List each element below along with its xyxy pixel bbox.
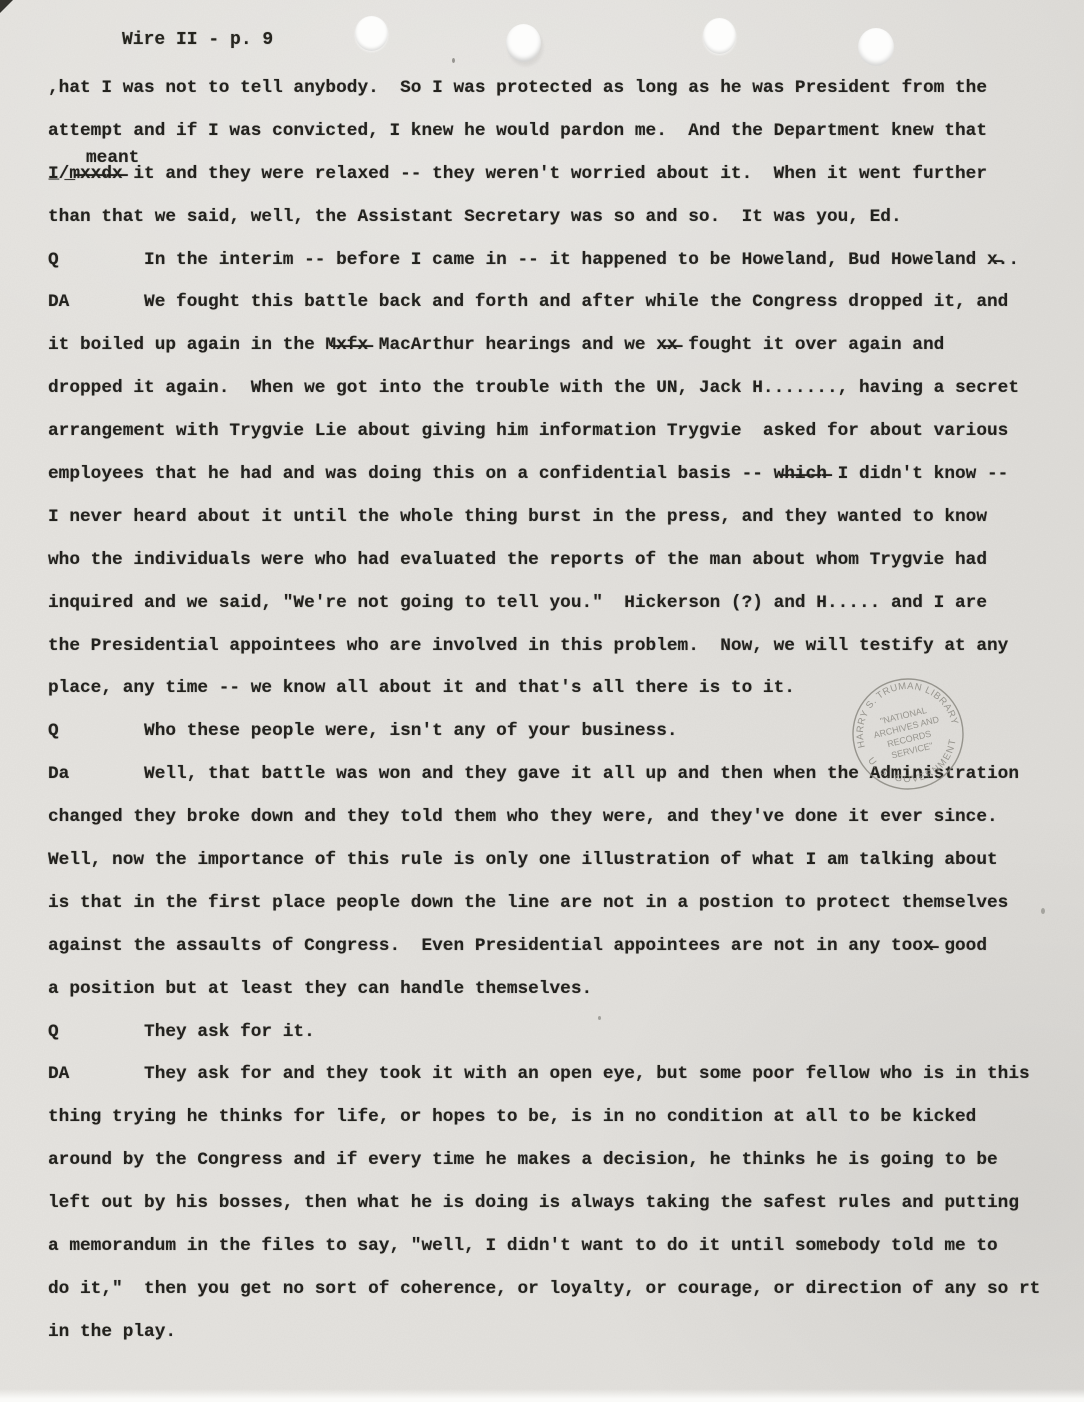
transcript-line: in the play.	[48, 1311, 1074, 1354]
transcript-line: I never heard about it until the whole t…	[48, 496, 1074, 539]
punch-hole	[703, 18, 736, 54]
punch-hole	[355, 16, 388, 51]
transcript-line: is that in the first place people down t…	[48, 882, 1074, 925]
transcript-line: DA They ask for and they took it with an…	[48, 1053, 1074, 1096]
transcript-line: attempt and if I was convicted, I knew h…	[48, 110, 1074, 153]
transcript-line: a position but at least they can handle …	[48, 968, 1074, 1011]
transcript-line: it boiled up again in the M̶x̶f̶x̶ MacAr…	[48, 324, 1074, 367]
transcript-line: Q In the interim -- before I came in -- …	[48, 239, 1074, 282]
transcript-line: Well, now the importance of this rule is…	[48, 839, 1074, 882]
scan-corner-mark	[0, 0, 13, 13]
document-page: Wire II - p. 9 ,hat I was not to tell an…	[0, 0, 1084, 1402]
transcript-line: who the individuals were who had evaluat…	[48, 539, 1074, 582]
transcript-line: inquired and we said, "We're not going t…	[48, 582, 1074, 625]
insert-correction: meant	[86, 148, 139, 168]
transcript-line: against the assaults of Congress. Even P…	[48, 925, 1074, 968]
transcript-line: arrangement with Trygvie Lie about givin…	[48, 410, 1074, 453]
transcript-line: I̲/̲m̶x̶x̶d̶x̶ it and they were relaxed …	[48, 153, 1074, 196]
punch-hole	[506, 24, 541, 62]
transcript-line: Q They ask for it.	[48, 1011, 1074, 1054]
transcript-line: ,hat I was not to tell anybody. So I was…	[48, 67, 1074, 110]
page-title: Wire II - p. 9	[122, 30, 273, 50]
transcript-line: left out by his bosses, then what he is …	[48, 1182, 1074, 1225]
transcript-line: employees that he had and was doing this…	[48, 453, 1074, 496]
transcript-line: do it," then you get no sort of coherenc…	[48, 1268, 1074, 1311]
transcript-line: thing trying he thinks for life, or hope…	[48, 1096, 1074, 1139]
transcript-line: than that we said, well, the Assistant S…	[48, 196, 1074, 239]
transcript-line: dropped it again. When we got into the t…	[48, 367, 1074, 410]
transcript-line: a memorandum in the files to say, "well,…	[48, 1225, 1074, 1268]
transcript-line: DA We fought this battle back and forth …	[48, 281, 1074, 324]
transcript-line: around by the Congress and if every time…	[48, 1139, 1074, 1182]
paper-speck	[452, 58, 455, 63]
punch-hole	[858, 28, 894, 66]
scan-bottom-edge	[0, 1389, 1084, 1402]
